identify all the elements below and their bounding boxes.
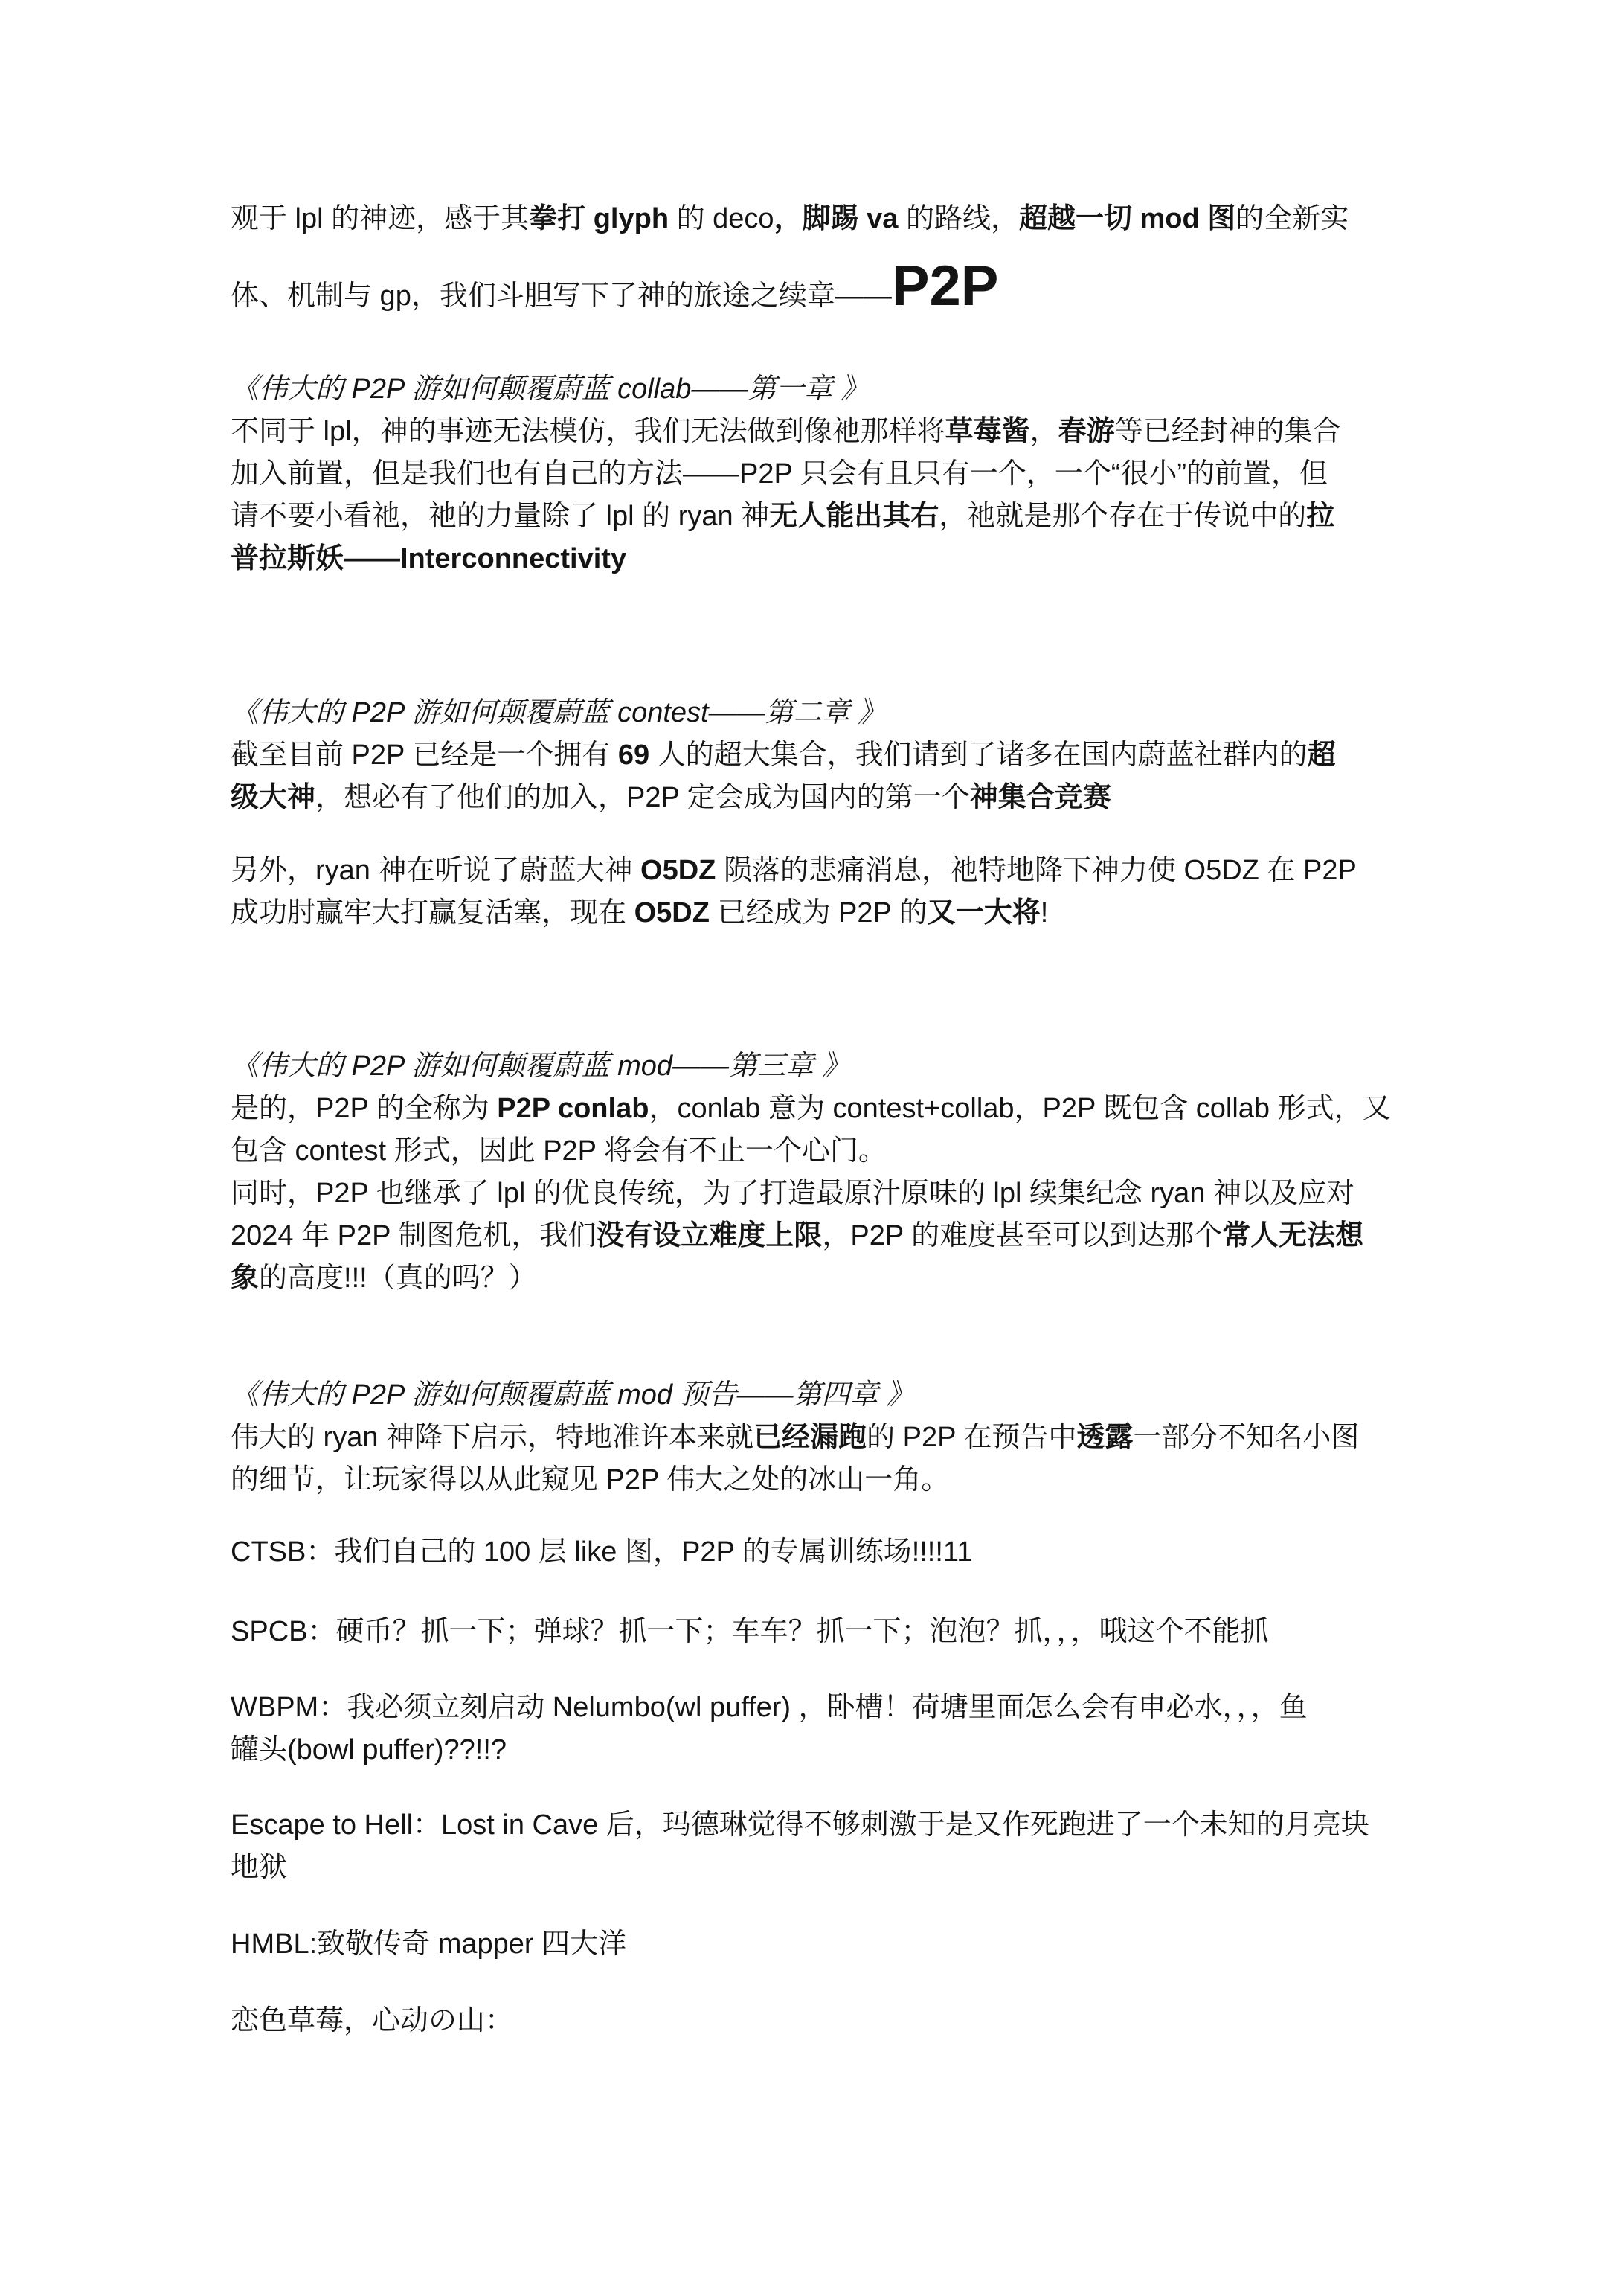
paragraph-line: CTSB：我们自己的 100 层 like 图，P2P 的专属训练场!!!!11 <box>231 1531 1400 1574</box>
paragraph-line: SPCB：硬币？抓一下；弹球？抓一下；车车？抓一下；泡泡？抓，，，哦这个不能抓 <box>231 1611 1400 1653</box>
text-run: 的高度!!!（真的吗？） <box>259 1263 537 1294</box>
text-run: 罐头(bowl puffer)??!!? <box>231 1734 507 1766</box>
paragraph-line: 《伟大的 P2P 游如何颠覆蔚蓝 collab——第一章 》 <box>231 368 1400 411</box>
paragraph-line: 2024 年 P2P 制图危机，我们没有设立难度上限，P2P 的难度甚至可以到达… <box>231 1215 1400 1257</box>
text-run: 伟大的 ryan 神降下启示，特地准许本来就 <box>231 1422 753 1453</box>
text-run: 包含 contest 形式，因此 P2P 将会有不止一个心门。 <box>231 1135 887 1167</box>
text-run: 的路线， <box>898 203 1019 234</box>
paragraph-line: 成功肘赢牢大打赢复活塞，现在 O5DZ 已经成为 P2P 的又一大将! <box>231 892 1400 934</box>
paragraph-line: 级大神，想必有了他们的加入，P2P 定会成为国内的第一个神集合竞赛 <box>231 777 1400 819</box>
intro-paragraph: 观于 lpl 的神迹，感于其拳打 glyph 的 deco，脚踢 va 的路线，… <box>231 198 1400 342</box>
teaser-ctsb-paragraph: CTSB：我们自己的 100 层 like 图，P2P 的专属训练场!!!!11 <box>231 1531 1400 1574</box>
paragraph-line: 观于 lpl 的神迹，感于其拳打 glyph 的 deco，脚踢 va 的路线，… <box>231 198 1400 240</box>
paragraph-line: 地狱 <box>231 1847 1400 1889</box>
text-run: 69 <box>618 740 649 771</box>
text-run: Escape to Hell：Lost in Cave 后，玛德琳觉得不够刺激于… <box>231 1809 1369 1841</box>
text-run: 2024 年 P2P 制图危机，我们 <box>231 1220 596 1251</box>
text-run: 截至目前 P2P 已经是一个拥有 <box>231 740 618 771</box>
text-run: HMBL:致敬传奇 mapper 四大洋 <box>231 1928 626 1960</box>
text-run: ，conlab 意为 contest+collab，P2P 既包含 collab… <box>649 1093 1390 1124</box>
paragraph-line: WBPM：我必须立刻启动 Nelumbo(wl puffer) ，卧槽！荷塘里面… <box>231 1687 1400 1729</box>
teaser-wbpm-paragraph: WBPM：我必须立刻启动 Nelumbo(wl puffer) ，卧槽！荷塘里面… <box>231 1687 1400 1771</box>
text-run: 的 P2P 在预告中 <box>867 1422 1076 1453</box>
paragraph-line: 罐头(bowl puffer)??!!? <box>231 1729 1400 1771</box>
text-run: 透露 <box>1076 1422 1133 1453</box>
text-run: CTSB：我们自己的 100 层 like 图，P2P 的专属训练场!!!!11 <box>231 1536 972 1568</box>
teaser-lianse-paragraph: 恋色草莓，心动の山： <box>231 2000 1400 2042</box>
text-run: 又一大将 <box>928 897 1041 929</box>
p2p-wordmark: P2P <box>892 254 999 318</box>
text-run: 体、机制与 gp，我们斗胆写下了神的旅途之续章—— <box>231 280 892 312</box>
text-run: O5DZ <box>634 897 710 929</box>
paragraph-line: HMBL:致敬传奇 mapper 四大洋 <box>231 1923 1400 1966</box>
paragraph-line: 伟大的 ryan 神降下启示，特地准许本来就已经漏跑的 P2P 在预告中透露一部… <box>231 1417 1400 1459</box>
text-run: 神集合竞赛 <box>970 782 1111 813</box>
chapter-4-body-paragraph: 伟大的 ryan 神降下启示，特地准许本来就已经漏跑的 P2P 在预告中透露一部… <box>231 1417 1400 1501</box>
text-run: 另外，ryan 神在听说了蔚蓝大神 <box>231 855 640 886</box>
text-run: 是的，P2P 的全称为 <box>231 1093 497 1124</box>
paragraph-line: 另外，ryan 神在听说了蔚蓝大神 O5DZ 陨落的悲痛消息，祂特地降下神力使 … <box>231 850 1400 892</box>
text-run: 超 <box>1308 740 1336 771</box>
chapter-3-title-heading: 《伟大的 P2P 游如何颠覆蔚蓝 mod——第三章 》 <box>231 1045 1400 1088</box>
paragraph-line: 象的高度!!!（真的吗？） <box>231 1257 1400 1300</box>
paragraph-line: 不同于 lpl，神的事迹无法模仿，我们无法做到像祂那样将草莓酱，春游等已经封神的… <box>231 411 1400 453</box>
text-run: ，脚踢 va <box>774 203 899 234</box>
text-run: 已经成为 P2P 的 <box>710 897 928 929</box>
text-run: 成功肘赢牢大打赢复活塞，现在 <box>231 897 634 929</box>
text-run: 的全新实 <box>1235 203 1349 234</box>
text-run: 《伟大的 P2P 游如何颠覆蔚蓝 contest——第二章 》 <box>231 697 886 728</box>
teaser-spcb-paragraph: SPCB：硬币？抓一下；弹球？抓一下；车车？抓一下；泡泡？抓，，，哦这个不能抓 <box>231 1611 1400 1653</box>
text-run: ， <box>1030 416 1058 447</box>
paragraph-line: 《伟大的 P2P 游如何颠覆蔚蓝 mod——第三章 》 <box>231 1045 1400 1088</box>
text-run: 普拉斯妖——Interconnectivity <box>231 543 626 574</box>
text-run: 一部分不知名小图 <box>1133 1422 1359 1453</box>
text-run: 《伟大的 P2P 游如何颠覆蔚蓝 collab——第一章 》 <box>231 373 869 405</box>
text-run: 无人能出其右 <box>769 501 939 532</box>
paragraph-line: 《伟大的 P2P 游如何颠覆蔚蓝 mod 预告——第四章 》 <box>231 1374 1400 1417</box>
chapter-1-body-paragraph: 不同于 lpl，神的事迹无法模仿，我们无法做到像祂那样将草莓酱，春游等已经封神的… <box>231 411 1400 580</box>
paragraph-line: 包含 contest 形式，因此 P2P 将会有不止一个心门。 <box>231 1130 1400 1173</box>
text-run: 的 deco <box>669 203 774 234</box>
text-run: 不同于 lpl，神的事迹无法模仿，我们无法做到像祂那样将 <box>231 416 945 447</box>
text-run: 春游 <box>1058 416 1115 447</box>
paragraph-line: 请不要小看祂，祂的力量除了 lpl 的 ryan 神无人能出其右，祂就是那个存在… <box>231 496 1400 538</box>
text-run: 恋色草莓，心动の山： <box>231 2005 513 2036</box>
text-run: ，祂就是那个存在于传说中的 <box>939 501 1306 532</box>
text-run: 加入前置，但是我们也有自己的方法——P2P 只会有且只有一个，一个“很小”的前置… <box>231 458 1328 490</box>
text-run: 陨落的悲痛消息，祂特地降下神力使 O5DZ 在 P2P <box>716 855 1356 886</box>
teaser-escape-paragraph: Escape to Hell：Lost in Cave 后，玛德琳觉得不够刺激于… <box>231 1804 1400 1889</box>
chapter-2-extra-paragraph: 另外，ryan 神在听说了蔚蓝大神 O5DZ 陨落的悲痛消息，祂特地降下神力使 … <box>231 850 1400 934</box>
paragraph-line: 体、机制与 gp，我们斗胆写下了神的旅途之续章——P2P <box>231 240 1400 342</box>
paragraph-line: 的细节，让玩家得以从此窥见 P2P 伟大之处的冰山一角。 <box>231 1459 1400 1501</box>
chapter-1-title-heading: 《伟大的 P2P 游如何颠覆蔚蓝 collab——第一章 》 <box>231 368 1400 411</box>
text-run: 《伟大的 P2P 游如何颠覆蔚蓝 mod 预告——第四章 》 <box>231 1379 914 1411</box>
paragraph-line: 加入前置，但是我们也有自己的方法——P2P 只会有且只有一个，一个“很小”的前置… <box>231 453 1400 496</box>
chapter-2-body-paragraph: 截至目前 P2P 已经是一个拥有 69 人的超大集合，我们请到了诸多在国内蔚蓝社… <box>231 734 1400 819</box>
text-run: SPCB：硬币？抓一下；弹球？抓一下；车车？抓一下；泡泡？抓，，，哦这个不能抓 <box>231 1616 1268 1647</box>
paragraph-line: 《伟大的 P2P 游如何颠覆蔚蓝 contest——第二章 》 <box>231 692 1400 734</box>
text-run: WBPM：我必须立刻启动 Nelumbo(wl puffer) ，卧槽！荷塘里面… <box>231 1692 1308 1723</box>
text-run: 没有设立难度上限 <box>596 1220 822 1251</box>
text-run: ，P2P 的难度甚至可以到达那个 <box>822 1220 1222 1251</box>
text-run: 常人无法想 <box>1222 1220 1363 1251</box>
text-run: O5DZ <box>640 855 716 886</box>
text-run: 草莓酱 <box>945 416 1030 447</box>
paragraph-line: 同时，P2P 也继承了 lpl 的优良传统，为了打造最原汁原味的 lpl 续集纪… <box>231 1173 1400 1215</box>
paragraph-line: 截至目前 P2P 已经是一个拥有 69 人的超大集合，我们请到了诸多在国内蔚蓝社… <box>231 734 1400 777</box>
paragraph-line: 是的，P2P 的全称为 P2P conlab，conlab 意为 contest… <box>231 1088 1400 1130</box>
paragraph-line: 恋色草莓，心动の山： <box>231 2000 1400 2042</box>
text-run: 级大神 <box>231 782 315 813</box>
text-run: 同时，P2P 也继承了 lpl 的优良传统，为了打造最原汁原味的 lpl 续集纪… <box>231 1178 1354 1209</box>
text-run: 请不要小看祂，祂的力量除了 lpl 的 ryan 神 <box>231 501 769 532</box>
teaser-hmbl-paragraph: HMBL:致敬传奇 mapper 四大洋 <box>231 1923 1400 1966</box>
text-run: 拉 <box>1306 501 1334 532</box>
text-run: 等已经封神的集合 <box>1115 416 1341 447</box>
text-run: 《伟大的 P2P 游如何颠覆蔚蓝 mod——第三章 》 <box>231 1051 850 1082</box>
text-run: 拳打 glyph <box>529 203 669 234</box>
text-run: ! <box>1041 897 1049 929</box>
chapter-2-title-heading: 《伟大的 P2P 游如何颠覆蔚蓝 contest——第二章 》 <box>231 692 1400 734</box>
text-run: 人的超大集合，我们请到了诸多在国内蔚蓝社群内的 <box>649 740 1308 771</box>
text-run: 已经漏跑 <box>753 1422 867 1453</box>
text-run: 的细节，让玩家得以从此窥见 P2P 伟大之处的冰山一角。 <box>231 1464 949 1495</box>
chapter-4-title-heading: 《伟大的 P2P 游如何颠覆蔚蓝 mod 预告——第四章 》 <box>231 1374 1400 1417</box>
text-run: 象 <box>231 1263 259 1294</box>
text-run: 超越一切 mod 图 <box>1019 203 1235 234</box>
text-run: 观于 lpl 的神迹，感于其 <box>231 203 529 234</box>
text-run: ，想必有了他们的加入，P2P 定会成为国内的第一个 <box>315 782 970 813</box>
paragraph-line: Escape to Hell：Lost in Cave 后，玛德琳觉得不够刺激于… <box>231 1804 1400 1847</box>
text-run: 地狱 <box>231 1852 287 1883</box>
chapter-3-body-paragraph: 是的，P2P 的全称为 P2P conlab，conlab 意为 contest… <box>231 1088 1400 1300</box>
paragraph-line: 普拉斯妖——Interconnectivity <box>231 538 1400 580</box>
text-run: P2P conlab <box>497 1093 649 1124</box>
document-page: 观于 lpl 的神迹，感于其拳打 glyph 的 deco，脚踢 va 的路线，… <box>0 0 1623 2296</box>
